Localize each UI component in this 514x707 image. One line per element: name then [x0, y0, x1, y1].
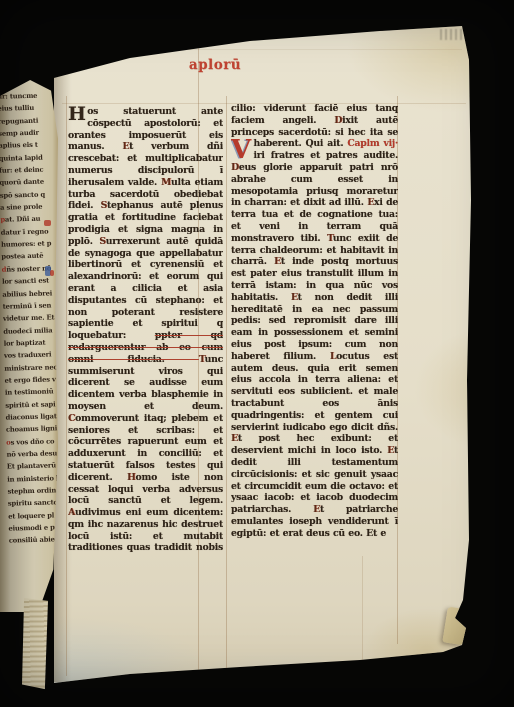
- versal-letter: E: [313, 504, 320, 515]
- versal-letter: E: [387, 445, 394, 456]
- versal-letter: A: [68, 507, 75, 518]
- versal-letter: S: [99, 236, 105, 247]
- ruling-line-vertical: [362, 556, 363, 666]
- ruling-line-horizontal: [62, 103, 466, 104]
- versal-letter: T: [199, 354, 205, 365]
- body-text: t patriarche emulantes ioseph vendiderun…: [231, 504, 398, 539]
- column-drop-cap: H: [68, 106, 87, 123]
- versal-letter: M: [161, 177, 171, 188]
- gloss-fragment: humores: et p: [1, 237, 56, 251]
- ruling-line-horizontal: [140, 49, 462, 50]
- body-text: udivimus eni eum dicentem: qm ihc nazare…: [68, 507, 223, 553]
- gloss-fragment: duodecī milia: [3, 324, 58, 338]
- versal-letter: D: [334, 115, 342, 126]
- body-text: cilio: viderunt faciē eius tanq faciem a…: [231, 103, 398, 126]
- text-column-left: Hos statuerunt ante cōspectū apostolorū:…: [68, 106, 223, 553]
- ruling-line-vertical: [226, 96, 227, 670]
- red-struck-text: ppter qd redarguerentur ab eo cum omni f…: [68, 330, 223, 365]
- body-text: os statuerunt ante cōspectū apostolorū: …: [68, 106, 223, 152]
- parchment-corner-fold: [442, 607, 469, 646]
- body-text: unc summiserunt viros qui dicerent se au…: [68, 354, 223, 412]
- manuscript-photo: aplorū Hos statuerunt ante cōspectū apos…: [0, 0, 514, 707]
- red-initial-mark: [44, 220, 51, 226]
- body-text: t post hec exibunt: et deservient michi …: [231, 433, 398, 456]
- versal-letter: E: [367, 197, 374, 208]
- gloss-fragment: videtur me. Et: [3, 311, 58, 325]
- body-text: xi de terra tua et de cognatione tua: et…: [231, 197, 398, 243]
- versal-letter: E: [274, 256, 281, 267]
- body-text: t verbum dñi crescebat: et multiplicabat…: [68, 141, 223, 187]
- book-page-edges: [22, 598, 48, 692]
- body-text: omo iste non cessat loqui verba adversus…: [68, 472, 223, 507]
- body-text: ixit autē princeps sacerdotū: si hec ita…: [231, 115, 398, 150]
- gloss-fragment: choamus ligni: [6, 423, 61, 437]
- versal-letter: D: [231, 162, 239, 173]
- body-text: ommoverunt itaq; plebem et seniores et s…: [68, 413, 223, 483]
- versal-letter: L: [330, 351, 336, 362]
- versal-letter: T: [327, 233, 333, 244]
- body-text: urrexerunt autē quidā de synagoga que ap…: [68, 236, 223, 341]
- body-text: eus glorie apparuit patri nrō abrahe cum…: [231, 162, 398, 208]
- versal-letter: C: [68, 413, 75, 424]
- gloss-fragment: Et plantaverū: [7, 460, 62, 474]
- ruling-line-vertical: [198, 44, 199, 674]
- body-text: iri fratres et patres audite.: [253, 150, 398, 161]
- gloss-fragment: spiritu sancto: [8, 497, 63, 511]
- body-text: tephanus autē plenus gratia et fortitudi…: [68, 200, 223, 246]
- body-text: t inde postq mortuus est pater eius tran…: [231, 256, 398, 302]
- gloss-fragment: lor sancti est: [2, 274, 57, 288]
- body-text: ocutus est autem deus. quia erit semen e…: [231, 351, 398, 433]
- gloss-fragment: in testimoniū: [5, 386, 60, 400]
- versal-letter: E: [122, 141, 129, 152]
- versal-letter: S: [101, 200, 107, 211]
- body-text: t dedit illi testamentum circūcisionis: …: [231, 445, 398, 515]
- versal-letter: E: [291, 292, 298, 303]
- gloss-fragment: vos traduxeri: [4, 348, 59, 362]
- manuscript-page: aplorū Hos statuerunt ante cōspectū apos…: [0, 0, 514, 707]
- facing-page-text-fragments: ur: tuncmeeius tulliurepugnantisemp audi…: [0, 89, 64, 547]
- versal-letter: H: [127, 472, 136, 483]
- facing-page-edge: ur: tuncmeeius tulliurepugnantisemp audi…: [0, 80, 58, 612]
- ruling-line-vertical: [66, 96, 67, 676]
- text-column-right: cilio: viderunt faciē eius tanq faciem a…: [231, 103, 398, 553]
- body-text: ulta etiam turba sacerdotū obediebat fid…: [68, 177, 223, 212]
- chapter-drop-cap: V: [231, 138, 253, 161]
- red-initial-mark: [50, 270, 54, 276]
- versal-letter: E: [231, 433, 238, 444]
- body-text: t non dedit illi hereditatē in ea nec pa…: [231, 292, 398, 362]
- chapter-rubric: Caplm vij·: [347, 138, 398, 149]
- folio-mark-faint: [440, 29, 466, 40]
- ruling-line-vertical: [397, 96, 398, 644]
- running-title: aplorū: [150, 57, 280, 73]
- body-text: unc exiit de terra chaldeorum: et habita…: [231, 233, 398, 268]
